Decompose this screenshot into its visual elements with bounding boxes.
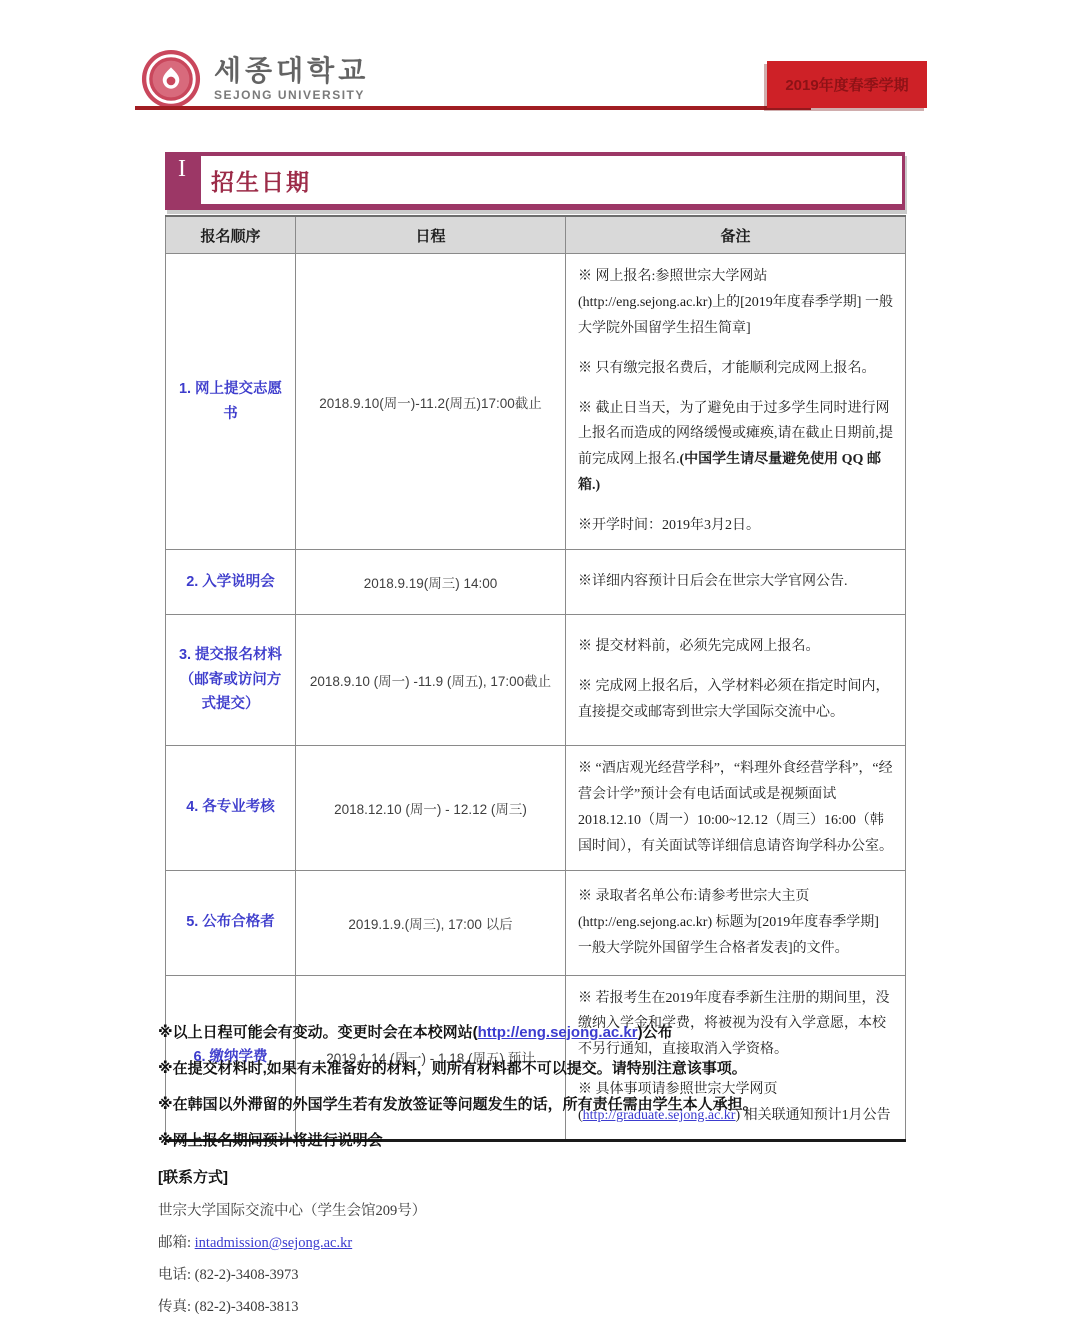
text: 世宗大学国际交流中心（学生会馆209号） bbox=[158, 1203, 426, 1219]
text: ※开学时间：2019年3月2日。 bbox=[578, 518, 760, 533]
table-row: 2. 入学说明会2018.9.19(周三) 14:00※详细内容预计日后会在世宗… bbox=[166, 550, 906, 615]
text: 邮箱: bbox=[158, 1235, 195, 1251]
note-paragraph: ※详细内容预计日后会在世宗大学官网公告. bbox=[578, 569, 893, 595]
column-header-order: 报名顺序 bbox=[166, 216, 296, 254]
order-cell: 3. 提交报名材料 （邮寄或访问方式提交） bbox=[166, 615, 296, 746]
text: ※ 提交材料前，必须先完成网上报名。 bbox=[578, 639, 820, 654]
note-paragraph: ※ 网上报名:参照世宗大学网站 (http://eng.sejong.ac.kr… bbox=[578, 264, 893, 342]
order-cell: 1. 网上提交志愿书 bbox=[166, 254, 296, 550]
footnote: ※在韩国以外滞留的外国学生若有发放签证等问题发生的话，所有责任需由学生本人承担。 bbox=[158, 1094, 938, 1115]
notes-cell: ※ 录取者名单公布:请参考世宗大主页(http://eng.sejong.ac.… bbox=[566, 870, 906, 975]
footnotes-section: ※以上日程可能会有变动。变更时会在本校网站(http://eng.sejong.… bbox=[158, 1022, 938, 1327]
link[interactable]: http://eng.sejong.ac.kr bbox=[478, 1024, 638, 1041]
sejong-seal-icon bbox=[140, 48, 202, 110]
section-title-box: 招生日期 bbox=[201, 156, 902, 204]
text: ※ 网上报名:参照世宗大学网站 (http://eng.sejong.ac.kr… bbox=[578, 269, 893, 336]
table-header-row: 报名顺序 日程 备注 bbox=[166, 216, 906, 254]
notes-cell: ※ 提交材料前，必须先完成网上报名。※ 完成网上报名后，入学材料必须在指定时间内… bbox=[566, 615, 906, 746]
section-title: 招生日期 bbox=[211, 164, 311, 197]
text: ※ 只有缴完报名费后，才能顺利完成网上报名。 bbox=[578, 361, 876, 376]
notes-cell: ※ 网上报名:参照世宗大学网站 (http://eng.sejong.ac.kr… bbox=[566, 254, 906, 550]
section-header: I 招生日期 bbox=[165, 152, 905, 210]
footnote: ※以上日程可能会有变动。变更时会在本校网站(http://eng.sejong.… bbox=[158, 1022, 938, 1043]
footnote: ※网上报名期间预计将进行说明会 bbox=[158, 1130, 938, 1151]
schedule-cell: 2018.12.10 (周一) - 12.12 (周三) bbox=[296, 746, 566, 871]
table-row: 1. 网上提交志愿书2018.9.10(周一)-11.2(周五)17:00截止※… bbox=[166, 254, 906, 550]
order-cell: 5. 公布合格者 bbox=[166, 870, 296, 975]
text: ※在韩国以外滞留的外国学生若有发放签证等问题发生的话，所有责任需由学生本人承担。 bbox=[158, 1096, 758, 1113]
section-index: I bbox=[165, 152, 199, 210]
table-row: 3. 提交报名材料 （邮寄或访问方式提交）2018.9.10 (周一) -11.… bbox=[166, 615, 906, 746]
order-cell: 2. 入学说明会 bbox=[166, 550, 296, 615]
contact-line: 邮箱: intadmission@sejong.ac.kr bbox=[158, 1231, 938, 1252]
text: ※ “酒店观光经营学科”，“料理外食经营学科”，“经营会计学”预计会有电话面试或… bbox=[578, 761, 893, 854]
note-paragraph: ※ 完成网上报名后，入学材料必须在指定时间内，直接提交或邮寄到世宗大学国际交流中… bbox=[578, 674, 893, 726]
text: ※在提交材料时,如果有未准备好的材料，则所有材料都不可以提交。请特别注意该事项。 bbox=[158, 1060, 747, 1077]
schedule-cell: 2018.9.10(周一)-11.2(周五)17:00截止 bbox=[296, 254, 566, 550]
schedule-cell: 2018.9.19(周三) 14:00 bbox=[296, 550, 566, 615]
table-row: 5. 公布合格者2019.1.9.(周三), 17:00 以后※ 录取者名单公布… bbox=[166, 870, 906, 975]
text: )公布 bbox=[638, 1024, 673, 1041]
order-cell: 4. 各专业考核 bbox=[166, 746, 296, 871]
note-paragraph: ※开学时间：2019年3月2日。 bbox=[578, 513, 893, 539]
text: ※网上报名期间预计将进行说明会 bbox=[158, 1132, 383, 1149]
contact-line: 电话: (82-2)-3408-3973 bbox=[158, 1263, 938, 1284]
footnote: ※在提交材料时,如果有未准备好的材料，则所有材料都不可以提交。请特别注意该事项。 bbox=[158, 1058, 938, 1079]
term-banner: 2019年度春季学期 bbox=[767, 61, 927, 108]
document-page: { "header": { "logo_korean": "세종대학교", "l… bbox=[0, 0, 1080, 1274]
contact-line: 传真: (82-2)-3408-3813 bbox=[158, 1295, 938, 1316]
notes-cell: ※ “酒店观光经营学科”，“料理外食经营学科”，“经营会计学”预计会有电话面试或… bbox=[566, 746, 906, 871]
text: 传真: (82-2)-3408-3813 bbox=[158, 1299, 299, 1315]
logo-korean-text: 세종대학교 bbox=[214, 56, 369, 85]
notes-cell: ※详细内容预计日后会在世宗大学官网公告. bbox=[566, 550, 906, 615]
note-paragraph: ※ 截止日当天，为了避免由于过多学生同时进行网上报名而造成的网络缓慢或瘫痪,请在… bbox=[578, 396, 893, 500]
schedule-cell: 2018.9.10 (周一) -11.9 (周五), 17:00截止 bbox=[296, 615, 566, 746]
column-header-schedule: 日程 bbox=[296, 216, 566, 254]
table-row: 4. 各专业考核2018.12.10 (周一) - 12.12 (周三)※ “酒… bbox=[166, 746, 906, 871]
text: ※ 录取者名单公布:请参考世宗大主页(http://eng.sejong.ac.… bbox=[578, 889, 879, 956]
text: ※ 完成网上报名后，入学材料必须在指定时间内，直接提交或邮寄到世宗大学国际交流中… bbox=[578, 679, 890, 720]
schedule-cell: 2019.1.9.(周三), 17:00 以后 bbox=[296, 870, 566, 975]
column-header-notes: 备注 bbox=[566, 216, 906, 254]
admission-schedule-table: 报名顺序 日程 备注 1. 网上提交志愿书2018.9.10(周一)-11.2(… bbox=[165, 215, 906, 1142]
link[interactable]: intadmission@sejong.ac.kr bbox=[195, 1235, 353, 1251]
note-paragraph: ※ 只有缴完报名费后，才能顺利完成网上报名。 bbox=[578, 356, 893, 382]
text: 电话: (82-2)-3408-3973 bbox=[158, 1267, 299, 1283]
contact-heading: [联系方式] bbox=[158, 1166, 938, 1187]
note-paragraph: ※ 提交材料前，必须先完成网上报名。 bbox=[578, 634, 893, 660]
note-paragraph: ※ “酒店观光经营学科”，“料理外食经营学科”，“经营会计学”预计会有电话面试或… bbox=[578, 756, 893, 860]
text: ※详细内容预计日后会在世宗大学官网公告. bbox=[578, 574, 848, 589]
logo-english-text: SEJONG UNIVERSITY bbox=[214, 88, 369, 102]
contact-line: 世宗大学国际交流中心（学生会馆209号） bbox=[158, 1199, 938, 1220]
term-banner-label: 2019年度春季学期 bbox=[785, 74, 908, 95]
header-divider bbox=[135, 106, 811, 110]
note-paragraph: ※ 录取者名单公布:请参考世宗大主页(http://eng.sejong.ac.… bbox=[578, 884, 893, 962]
university-logo: 세종대학교 SEJONG UNIVERSITY bbox=[140, 48, 369, 110]
text: ※以上日程可能会有变动。变更时会在本校网站( bbox=[158, 1024, 478, 1041]
